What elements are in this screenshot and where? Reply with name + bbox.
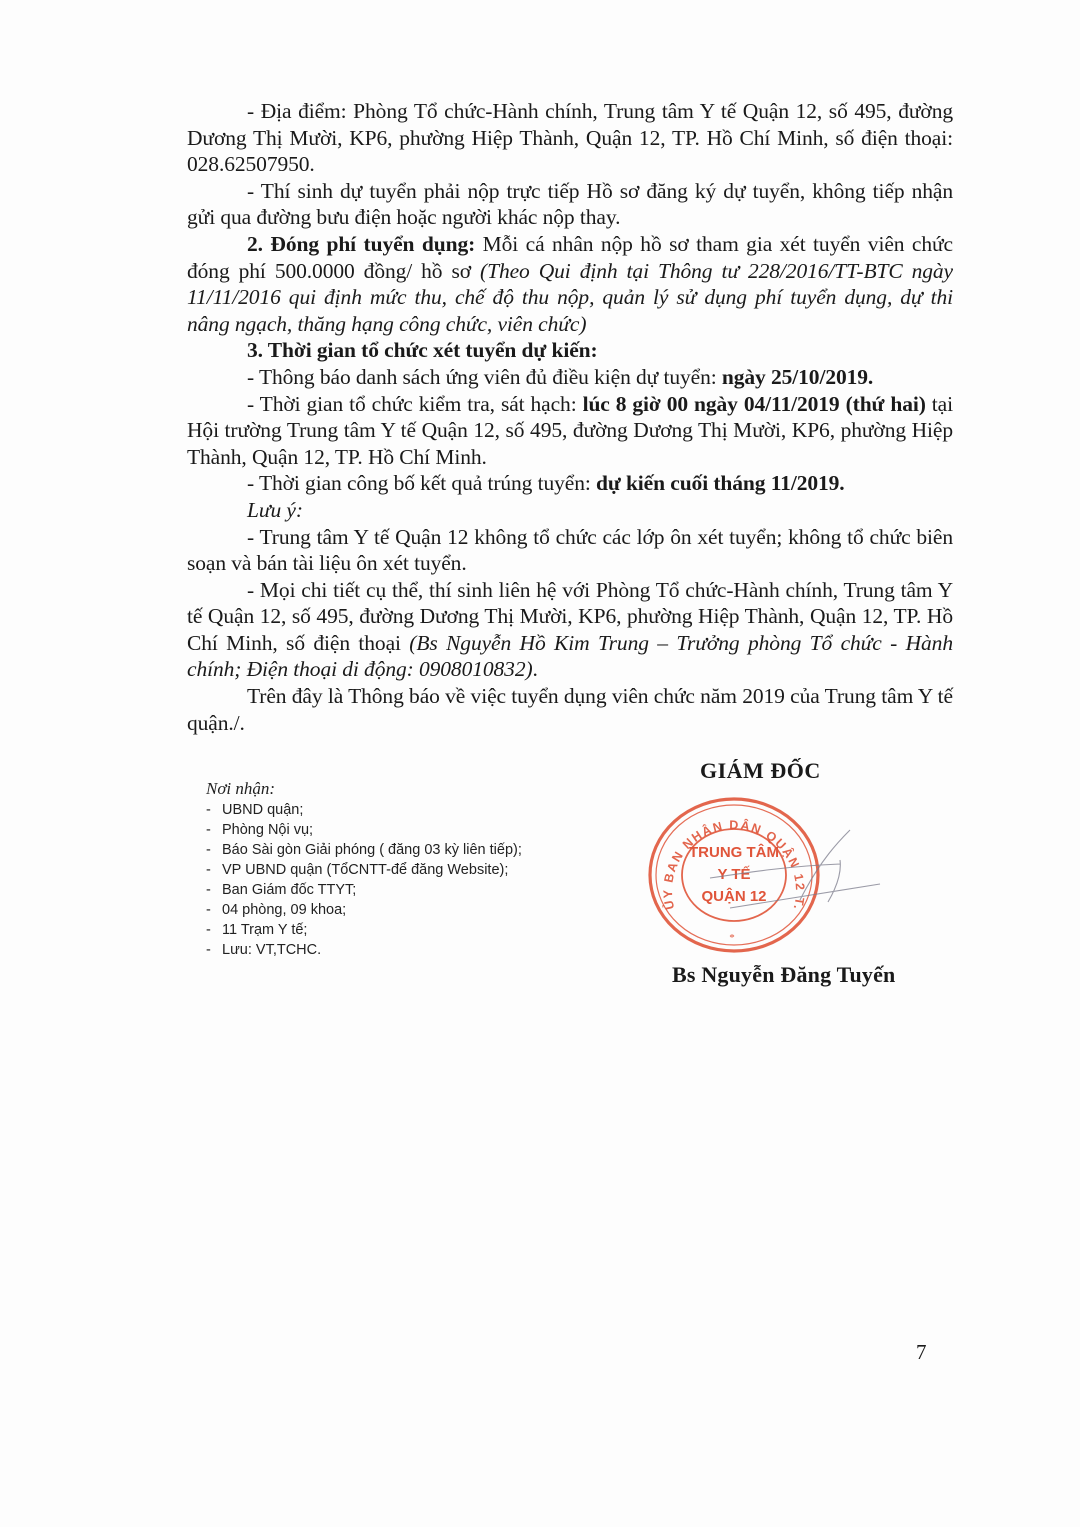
paragraph: - Thời gian tổ chức kiểm tra, sát hạch: … (187, 391, 953, 471)
text-run: - Thời gian tổ chức kiểm tra, sát hạch: (247, 392, 583, 416)
text-run: Trên đây là Thông báo về việc tuyển dụng… (187, 684, 953, 735)
text-run: Lưu ý: (247, 498, 303, 522)
text-run: - Thời gian công bố kết quả trúng tuyển: (247, 471, 596, 495)
signature-scribble-icon (690, 820, 890, 940)
recipient-item: UBND quận; (206, 800, 522, 820)
text-run: 2. Đóng phí tuyển dụng: (247, 232, 475, 256)
text-run: - Thí sinh dự tuyển phải nộp trực tiếp H… (187, 179, 953, 230)
text-run: lúc 8 giờ 00 ngày 04/11/2019 (thứ hai) (583, 392, 926, 416)
paragraph: - Thông báo danh sách ứng viên đủ điều k… (187, 364, 953, 391)
paragraph: - Thí sinh dự tuyển phải nộp trực tiếp H… (187, 178, 953, 231)
text-run: - Thông báo danh sách ứng viên đủ điều k… (247, 365, 722, 389)
document-body: - Địa điểm: Phòng Tổ chức-Hành chính, Tr… (187, 98, 953, 736)
text-run: - Trung tâm Y tế Quận 12 không tổ chức c… (187, 525, 953, 576)
text-run: . (533, 657, 538, 681)
text-run: dự kiến cuối tháng 11/2019. (596, 471, 845, 495)
recipient-item: Ban Giám đốc TTYT; (206, 880, 522, 900)
paragraph: - Trung tâm Y tế Quận 12 không tổ chức c… (187, 524, 953, 577)
paragraph: - Thời gian công bố kết quả trúng tuyển:… (187, 470, 953, 497)
signer-name: Bs Nguyễn Đăng Tuyến (672, 962, 895, 988)
paragraph: Trên đây là Thông báo về việc tuyển dụng… (187, 683, 953, 736)
signature-title: GIÁM ĐỐC (700, 758, 821, 784)
recipient-item: Báo Sài gòn Giải phóng ( đăng 03 kỳ liên… (206, 840, 522, 860)
recipients-list: UBND quận;Phòng Nội vụ;Báo Sài gòn Giải … (206, 800, 522, 960)
text-run: 3. Thời gian tổ chức xét tuyển dự kiến: (247, 338, 598, 362)
text-run: - Địa điểm: Phòng Tổ chức-Hành chính, Tr… (187, 99, 953, 176)
recipients-block: Nơi nhận: UBND quận;Phòng Nội vụ;Báo Sài… (206, 778, 522, 960)
recipient-item: 04 phòng, 09 khoa; (206, 900, 522, 920)
paragraph: - Mọi chi tiết cụ thể, thí sinh liên hệ … (187, 577, 953, 683)
paragraph: Lưu ý: (187, 497, 953, 524)
recipient-item: Lưu: VT,TCHC. (206, 940, 522, 960)
recipient-item: VP UBND quận (TổCNTT-để đăng Website); (206, 860, 522, 880)
paragraph: 2. Đóng phí tuyển dụng: Mỗi cá nhân nộp … (187, 231, 953, 337)
text-run: ngày 25/10/2019. (722, 365, 873, 389)
page-number: 7 (916, 1340, 927, 1365)
document-page: - Địa điểm: Phòng Tổ chức-Hành chính, Tr… (0, 0, 1080, 1527)
recipients-title: Nơi nhận: (206, 778, 522, 800)
paragraph: 3. Thời gian tổ chức xét tuyển dự kiến: (187, 337, 953, 364)
recipient-item: 11 Trạm Y tế; (206, 920, 522, 940)
recipient-item: Phòng Nội vụ; (206, 820, 522, 840)
paragraph: - Địa điểm: Phòng Tổ chức-Hành chính, Tr… (187, 98, 953, 178)
